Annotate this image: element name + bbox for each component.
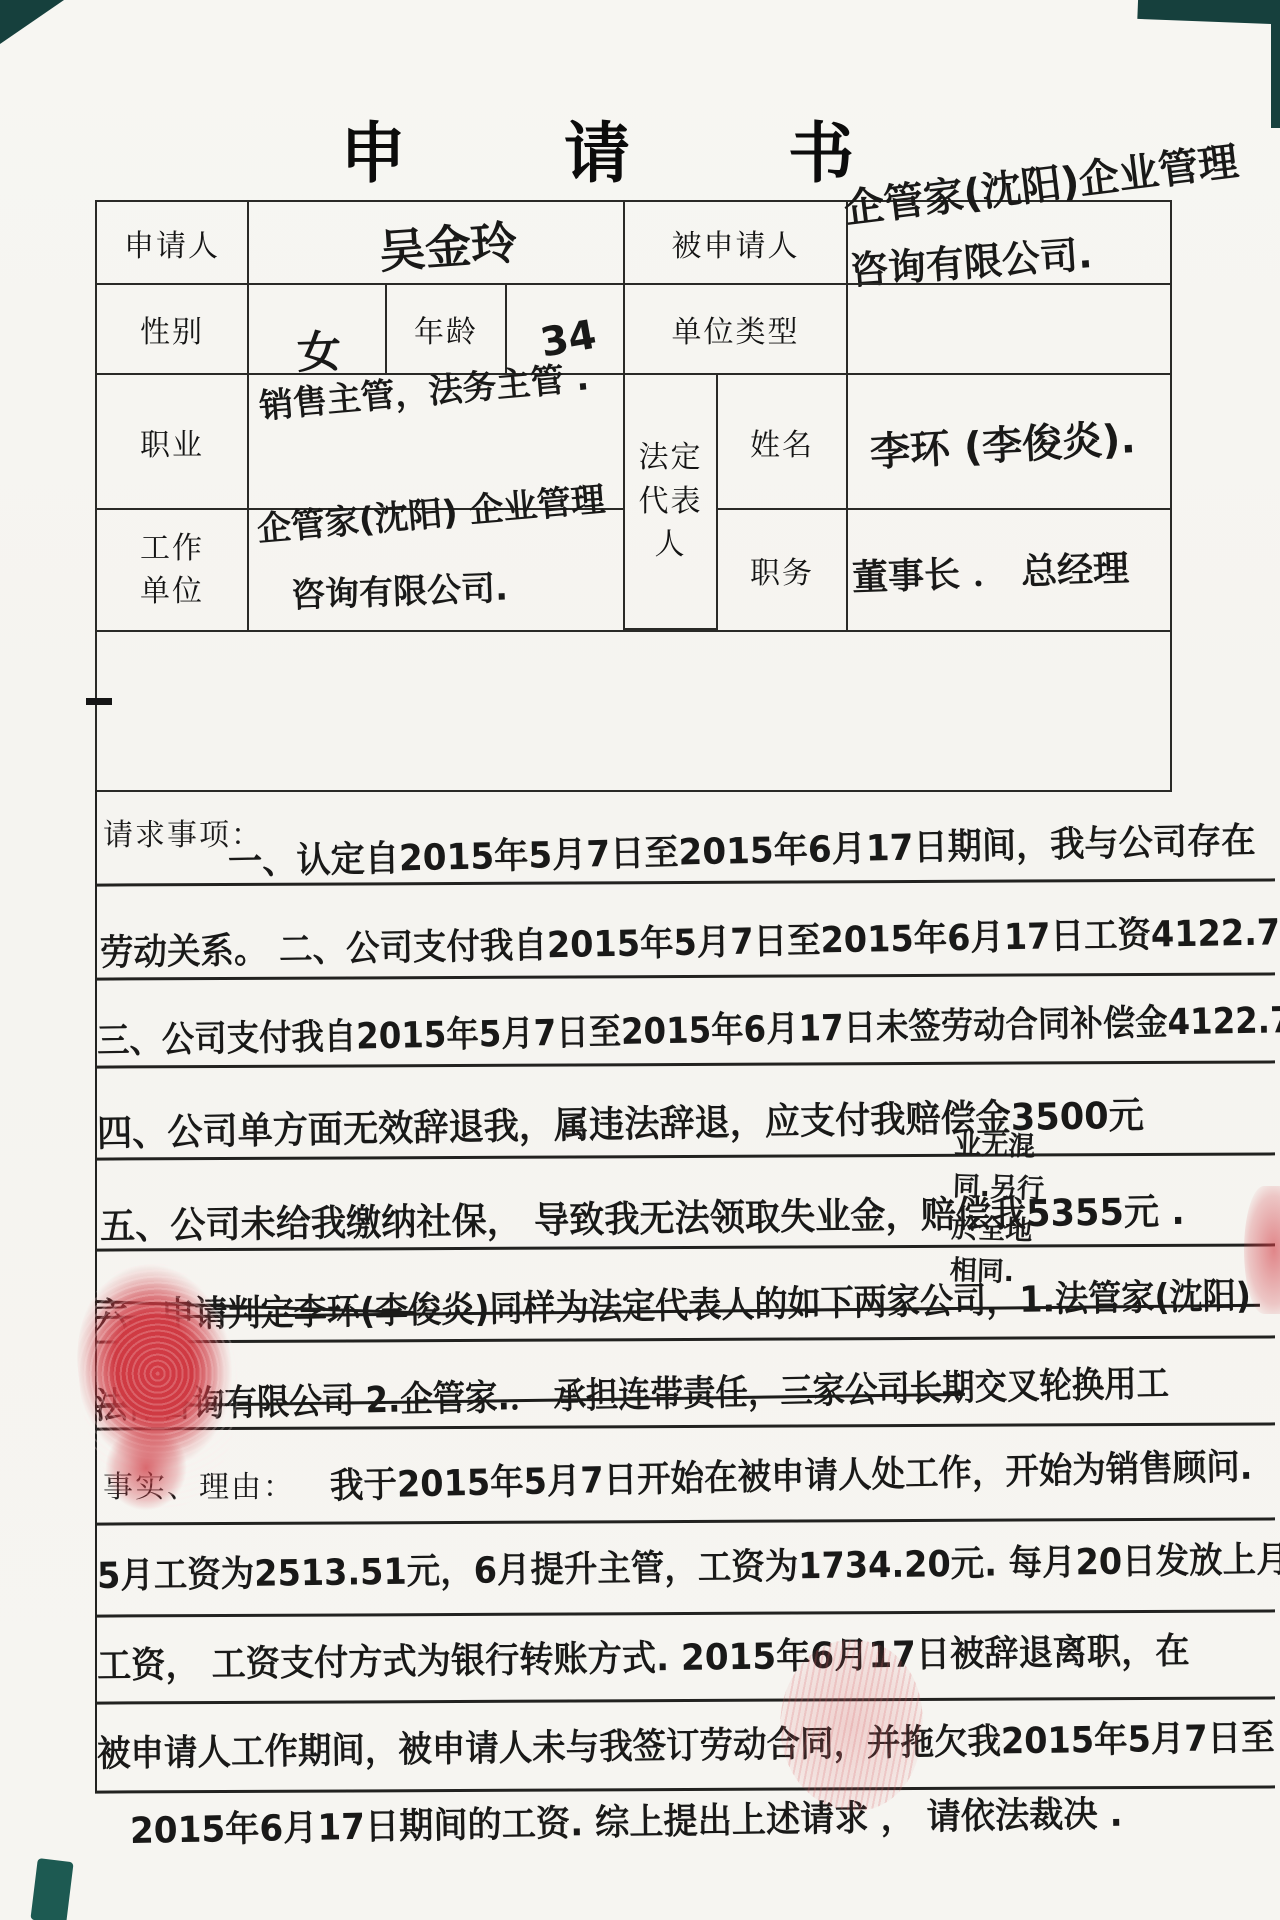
margin-note: 相同. — [949, 1250, 1066, 1296]
ruled-line — [95, 1335, 1275, 1343]
position-value-cell: 董事长 ． 总经理 — [846, 508, 1172, 632]
gender-label-cell: 性别 — [95, 283, 249, 375]
applicant-label-cell: 申请人 — [95, 200, 249, 285]
name-value-cell: 李环 (李俊炎). — [846, 373, 1172, 510]
name-label-cell: 姓名 — [716, 373, 848, 510]
blank-row-cell — [95, 630, 1172, 792]
applicant-value-cell: 吴金玲 — [247, 200, 625, 285]
scanned-application-form: 申请书 申请人 吴金玲 被申请人 企管家(沈阳)企业管理 咨询有限公司. 性别 … — [0, 0, 1280, 1920]
applicant-value: 吴金玲 — [377, 206, 519, 281]
gender-value-cell: 女 — [247, 283, 387, 375]
ruled-line — [95, 972, 1275, 980]
name-value: 李环 (李俊炎). — [869, 407, 1137, 478]
ruled-line — [95, 1609, 1275, 1617]
ruled-line — [95, 1060, 1275, 1068]
margin-note: 於全地 — [951, 1208, 1068, 1254]
facts-line-5: 2015年6月17日期间的工资. 综上提出上述请求 ， 请依法裁决 . — [130, 1786, 1123, 1854]
facts-line-2: 5月工资为2513.51元，6月提升主管，工资为1734.20元. 每月20日发… — [97, 1531, 1280, 1599]
position-label-cell: 职务 — [716, 508, 848, 632]
request-line-3: 三、公司支付我自2015年5月7日至2015年6月17日未签劳动合同补偿金412… — [97, 991, 1280, 1064]
respondent-label-cell: 被申请人 — [623, 200, 848, 285]
facts-line-3: 工资， 工资支付方式为银行转账方式. 2015年6月17日被辞退离职，在 — [97, 1623, 1190, 1689]
work-unit-label-cell: 工作单位 — [95, 508, 249, 632]
margin-note: 同.另行 — [952, 1166, 1069, 1212]
facts-line-4: 被申请人工作期间，被申请人未与我签订劳动合同，并拖欠我2015年5月7日至 — [97, 1710, 1275, 1777]
margin-annotation: 业无混 同.另行 於全地 相同. — [949, 1124, 1071, 1296]
request-line-6-struck: 六、申请判定李环(李俊炎)同样为法定代表人的如下两家公司，1.法管家(沈阳) — [95, 1268, 1252, 1339]
ruled-line — [95, 1696, 1275, 1704]
scan-corner-artifact-bottom-left — [30, 1858, 73, 1920]
scan-corner-artifact-top-right — [1137, 0, 1280, 25]
respondent-value-cell: 企管家(沈阳)企业管理 咨询有限公司. — [846, 200, 1172, 285]
legal-rep-label: 法定代表人 — [638, 436, 704, 567]
scan-edge-artifact-right — [1271, 0, 1280, 128]
ruled-line — [95, 1517, 1275, 1525]
margin-note: 业无混 — [954, 1124, 1071, 1170]
request-line-1: 一、认定自2015年5月7日至2015年6月17日期间，我与公司存在 — [227, 812, 1255, 885]
scan-corner-artifact-top-left — [0, 0, 64, 44]
legal-rep-label-cell: 法定代表人 — [623, 373, 718, 630]
work-unit-value-cell: 企管家(沈阳) 企业管理 咨询有限公司. — [247, 508, 625, 632]
unit-type-value-cell — [846, 283, 1172, 375]
gender-value: 女 — [296, 315, 342, 380]
work-unit-value-line2: 咨询有限公司. — [290, 560, 508, 617]
occupation-label-cell: 职业 — [95, 373, 249, 510]
request-line-2: 劳动关系。 二、公司支付我自2015年5月7日至2015年6月17日工资4122… — [100, 903, 1280, 976]
position-value: 董事长 ． 总经理 — [851, 540, 1130, 601]
stray-pen-mark — [86, 698, 112, 705]
request-line-7-struck: 法律咨询有限公司 2.企管家.． 承担连带责任，三家公司长期交叉轮换用工 — [94, 1356, 1169, 1429]
red-fingerprint-right-edge — [1244, 1186, 1280, 1314]
facts-line-1: 我于2015年5月7日开始在被申请人处工作，开始为销售顾问. — [329, 1439, 1252, 1509]
work-unit-label: 工作单位 — [139, 527, 205, 614]
unit-type-label-cell: 单位类型 — [623, 283, 848, 375]
